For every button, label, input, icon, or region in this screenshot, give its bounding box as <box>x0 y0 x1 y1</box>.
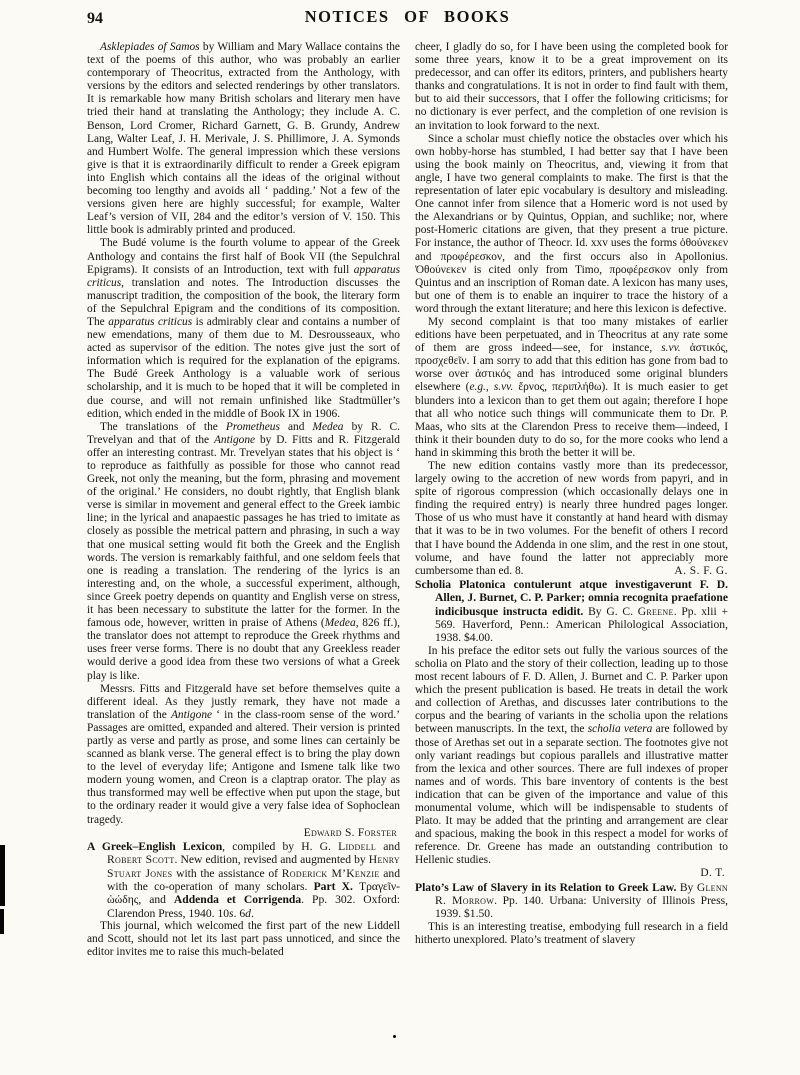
slavery-review-opening-paragraph: This is an interesting treatise, embodyi… <box>415 921 728 947</box>
reviewer-signature-dt: D. T. <box>415 867 728 880</box>
scan-dot-artifact <box>393 1035 396 1038</box>
text-columns: Asklepiades of Samos by William and Mary… <box>87 41 728 959</box>
lexicon-review-opening-paragraph: This journal, which welcomed the first p… <box>87 920 400 959</box>
lexicon-review-continuation-paragraph: cheer, I gladly do so, for I have been u… <box>415 41 728 133</box>
review-asklepiades-paragraph: Asklepiades of Samos by William and Mary… <box>87 41 400 237</box>
right-column: cheer, I gladly do so, for I have been u… <box>415 41 728 959</box>
review-translations-paragraph: The translations of the Prometheus and M… <box>87 421 400 683</box>
lexicon-first-complaint-paragraph: Since a scholar must chiefly notice the … <box>415 133 728 316</box>
left-column: Asklepiades of Samos by William and Mary… <box>87 41 400 959</box>
review-bude-paragraph: The Budé volume is the fourth volume to … <box>87 237 400 420</box>
book-heading-platos-law-of-slavery: Plato’s Law of Slavery in its Relation t… <box>415 881 728 921</box>
scholia-review-paragraph: In his preface the editor sets out fully… <box>415 645 728 868</box>
page-header: 94 NOTICES OF BOOKS <box>87 7 728 31</box>
lexicon-second-complaint-paragraph: My second complaint is that too many mis… <box>415 316 728 460</box>
reviewer-signature-forster: Edward S. Forster <box>87 827 400 840</box>
scan-edge-artifact-lower <box>0 909 4 934</box>
page-title: NOTICES OF BOOKS <box>87 7 728 27</box>
review-fitts-fitzgerald-paragraph: Messrs. Fitts and Fitzgerald have set be… <box>87 683 400 827</box>
book-heading-greek-english-lexicon: A Greek–English Lexicon, compiled by H. … <box>87 840 400 920</box>
journal-page: 94 NOTICES OF BOOKS Asklepiades of Samos… <box>0 0 800 1075</box>
lexicon-new-edition-paragraph: The new edition contains vastly more tha… <box>415 460 728 578</box>
book-heading-scholia-platonica: Scholia Platonica contulerunt atque inve… <box>415 578 728 645</box>
scan-edge-artifact-upper <box>0 845 5 906</box>
page-number: 94 <box>87 10 103 28</box>
